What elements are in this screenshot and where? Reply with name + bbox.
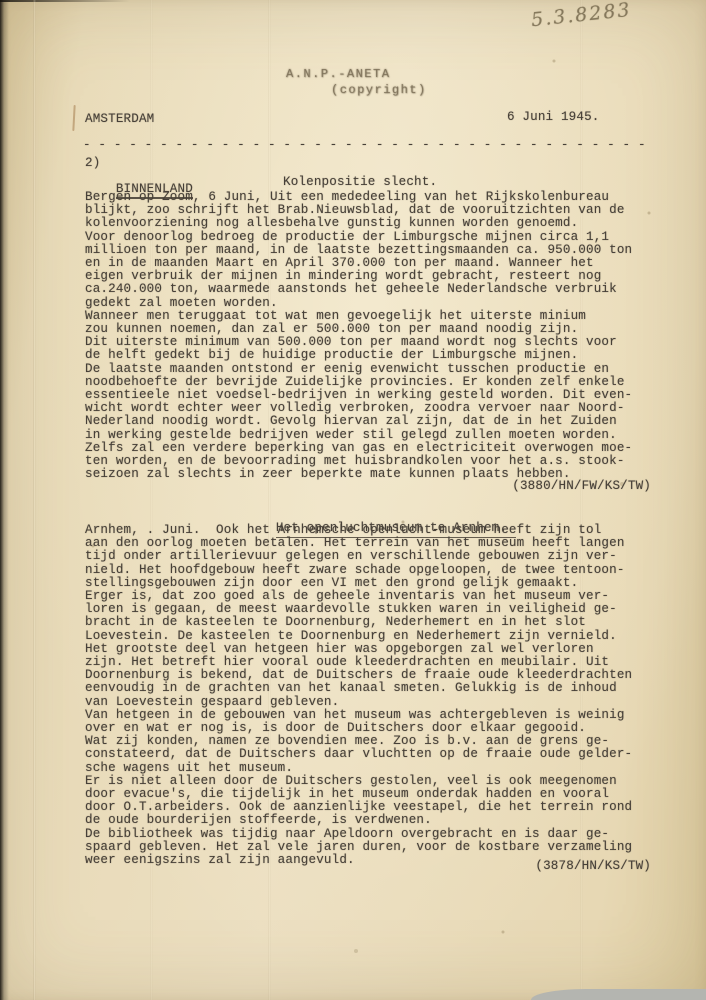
scan-edge-left [0,0,9,1000]
date-label: 6 Juni 1945. [507,111,600,124]
margin-pen-mark [72,105,75,131]
article-body-kolenpositie: Bergen op Zoom, 6 Juni, Uit een mededeel… [85,191,661,481]
agency-stamp: A.N.P.-ANETA [286,68,390,81]
article-signoff-openluchtmuseum: (3878/HN/KS/TW) [85,860,699,873]
scanner-background-corner [531,989,706,1000]
article-signoff-kolenpositie: (3880/HN/FW/KS/TW) [85,480,653,493]
paper-crease [33,0,36,1000]
copyright-stamp: (copyright) [331,84,427,97]
page-number: 2) [85,157,100,170]
scan-edge-top [0,0,130,2]
dashed-separator: - - - - - - - - - - - - - - - - - - - - … [83,139,655,152]
scanned-document-page: 5.3.8283 A.N.P.-ANETA (copyright) AMSTER… [0,0,706,1000]
paper-specks [0,0,2,2]
city-label: AMSTERDAM [85,113,154,126]
article-body-openluchtmuseum: Arnhem, . Juni. Ook het Arnhemsche openl… [85,524,661,867]
article-title-kolenpositie: Kolenpositie slecht. [283,176,437,189]
